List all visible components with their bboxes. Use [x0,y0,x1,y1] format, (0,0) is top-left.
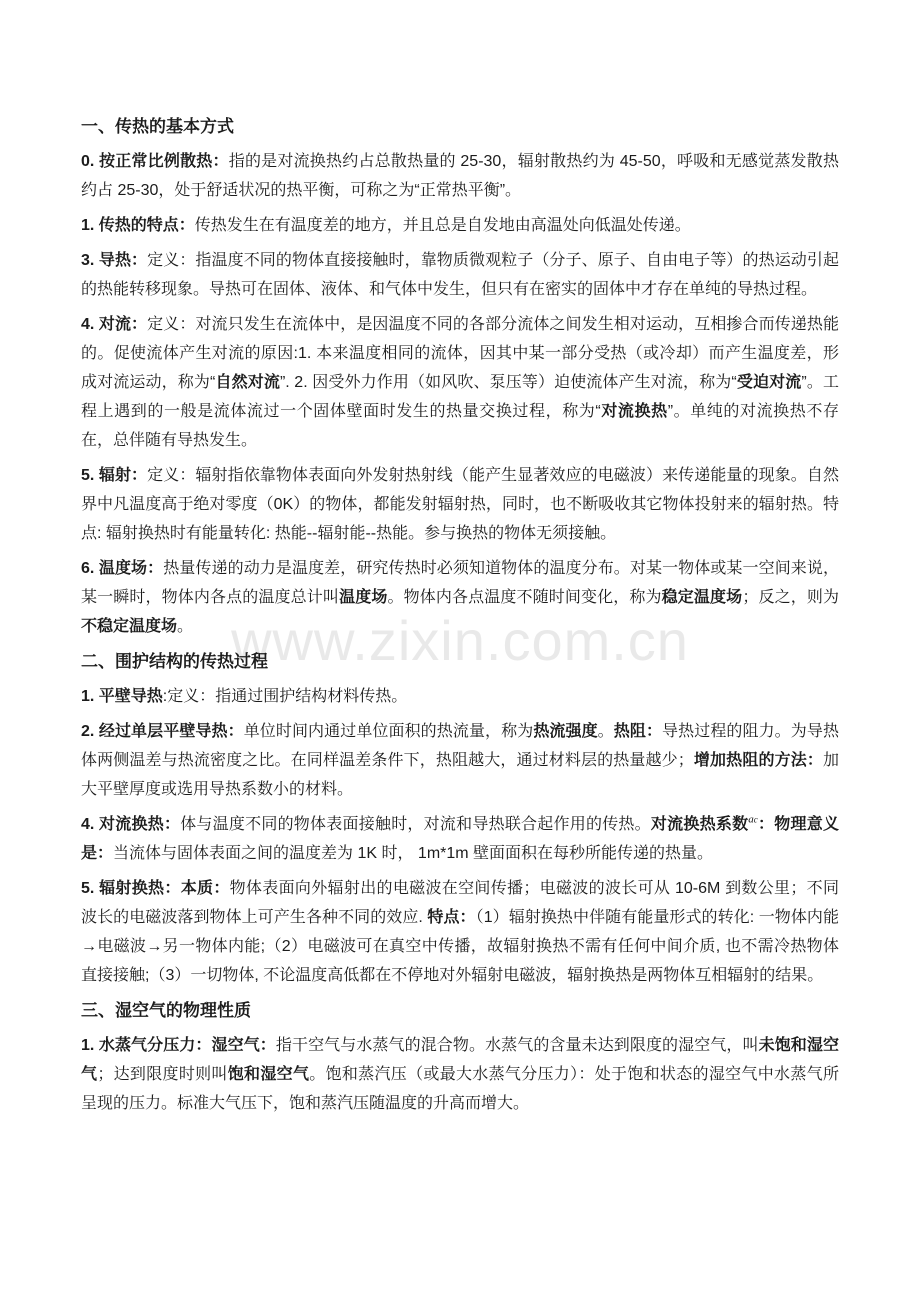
text-run: :定义：指通过围护结构材料传热。 [163,688,407,705]
text-run: 二、围护结构的传热过程 [81,652,268,671]
text-run: 指干空气与水蒸气的混合物。水蒸气的含量未达到限度的湿空气，叫 [276,1037,759,1054]
text-run: ： [758,816,774,833]
text-run: 饱和湿空气 [228,1066,310,1083]
text-run: 热阻： [614,723,662,740]
text-run: 4. 对流换热： [81,816,180,833]
paragraph: 6. 温度场：热量传递的动力是温度差，研究传热时必须知道物体的温度分布。对某一物… [81,554,839,641]
text-run: 3. 导热： [81,252,147,269]
text-run: 稳定温度场 [662,589,743,606]
paragraph: 1. 水蒸气分压力：湿空气：指干空气与水蒸气的混合物。水蒸气的含量未达到限度的湿… [81,1031,839,1118]
text-run: 6. 温度场： [81,560,163,577]
text-run: 。 [598,723,614,740]
text-run: 5. 辐射： [81,467,147,484]
text-run: 不稳定温度场 [81,618,177,635]
text-run: ”. 2. 因受外力作用（如风吹、泵压等）迫使流体产生对流，称为“ [280,374,737,391]
paragraph: 5. 辐射：定义：辐射指依靠物体表面向外发射热射线（能产生显著效应的电磁波）来传… [81,461,839,548]
text-run: 热流强度 [533,723,597,740]
paragraph: 1. 传热的特点：传热发生在有温度差的地方，并且总是自发地由高温处向低温处传递。 [81,211,839,240]
text-run: 受迫对流 [737,374,802,391]
text-run: 单位时间内通过单位面积的热流量，称为 [244,723,534,740]
text-run: 1. 平壁导热 [81,688,163,705]
text-run: 增加热阻的方法： [694,752,823,769]
text-run: 4. 对流： [81,316,147,333]
paragraph: 0. 按正常比例散热：指的是对流换热约占总散热量的 25-30，辐射散热约为 4… [81,147,839,205]
text-run: 0. 按正常比例散热： [81,153,229,170]
paragraph: 1. 平壁导热:定义：指通过围护结构材料传热。 [81,682,839,711]
text-run: 自然对流 [215,374,280,391]
section-heading: 一、传热的基本方式 [81,112,839,141]
text-run: 1. 传热的特点： [81,217,195,234]
text-run: 温度场 [339,589,387,606]
text-run: 对流换热系数 [651,816,748,833]
text-run: 定义：辐射指依靠物体表面向外发射热射线（能产生显著效应的电磁波）来传递能量的现象… [81,467,839,542]
section-heading: 二、围护结构的传热过程 [81,647,839,676]
section-heading: 三、湿空气的物理性质 [81,996,839,1025]
text-run: ；反之，则为 [742,589,839,606]
text-run: 传热发生在有温度差的地方，并且总是自发地由高温处向低温处传递。 [195,217,691,234]
text-run: 湿空气： [212,1037,276,1054]
text-run: 一、传热的基本方式 [81,117,234,136]
text-run: 对流换热 [601,403,668,420]
paragraph: 3. 导热：定义：指温度不同的物体直接接触时，靠物质微观粒子（分子、原子、自由电… [81,246,839,304]
text-run: 特点： [427,909,475,926]
text-run: ；达到限度时则叫 [97,1066,227,1083]
paragraph: 2. 经过单层平壁导热：单位时间内通过单位面积的热流量，称为热流强度。热阻：导热… [81,717,839,804]
text-run: 当流体与固体表面之间的温度差为 1K 时， 1m*1m 壁面面积在每秒所能传递的… [113,845,713,862]
document-content: 一、传热的基本方式0. 按正常比例散热：指的是对流换热约占总散热量的 25-30… [81,112,839,1124]
text-run: 。物体内各点温度不随时间变化，称为 [387,589,661,606]
paragraph: 4. 对流：定义：对流只发生在流体中，是因温度不同的各部分流体之间发生相对运动，… [81,310,839,455]
text-run: 本质： [181,880,230,897]
text-run: 2. 经过单层平壁导热： [81,723,244,740]
paragraph: 4. 对流换热：体与温度不同的物体表面接触时，对流和导热联合起作用的传热。对流换… [81,810,839,868]
paragraph: 5. 辐射换热：本质：物体表面向外辐射出的电磁波在空间传播；电磁波的波长可从 1… [81,874,839,990]
text-run: 定义：指温度不同的物体直接接触时，靠物质微观粒子（分子、原子、自由电子等）的热运… [81,252,839,298]
text-run: 体与温度不同的物体表面接触时，对流和导热联合起作用的传热。 [180,816,651,833]
text-run: 。 [177,618,193,635]
text-run: 1. 水蒸气分压力： [81,1037,212,1054]
text-run: 三、湿空气的物理性质 [81,1001,251,1020]
text-run: 5. 辐射换热： [81,880,181,897]
